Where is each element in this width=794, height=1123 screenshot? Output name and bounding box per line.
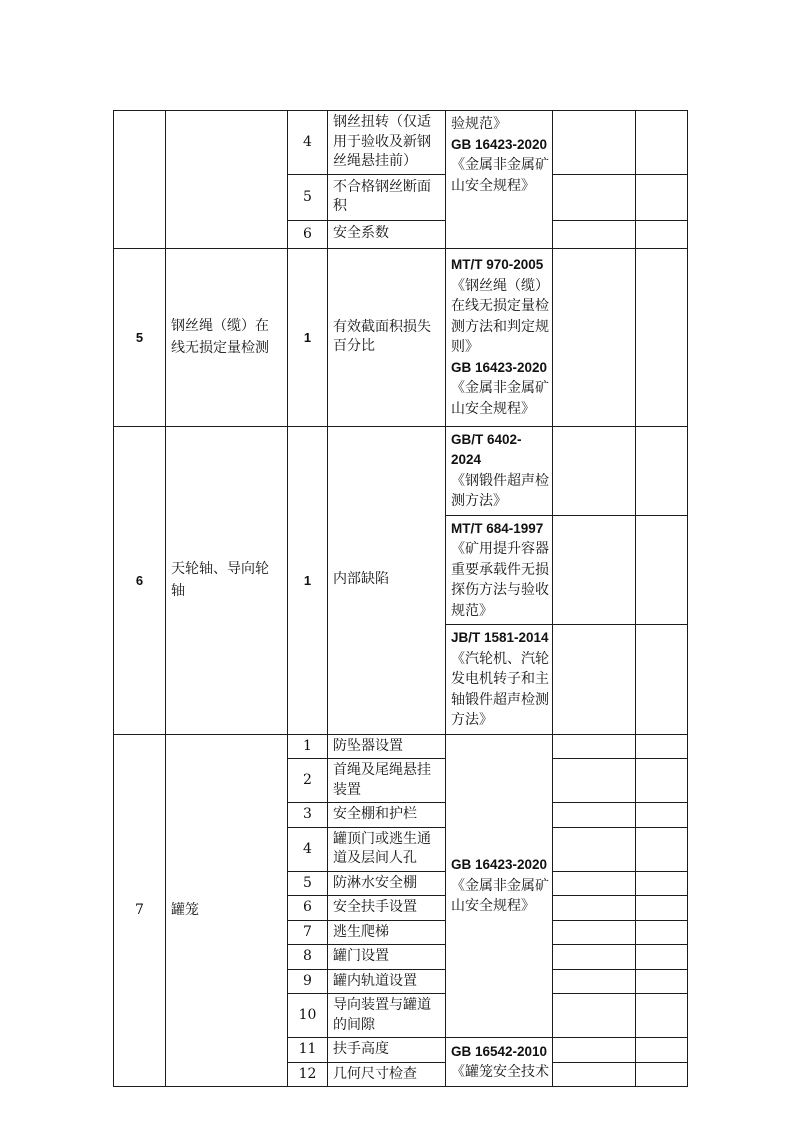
blank-cell [553,734,636,759]
blank-cell [553,759,636,803]
item-cell: 内部缺陷 [328,426,446,734]
subno-cell: 11 [288,1038,328,1063]
seq-cell [114,111,166,249]
blank-cell [553,1038,636,1063]
item-cell: 导向装置与罐道的间隙 [328,994,446,1038]
subno-cell: 2 [288,759,328,803]
item-cell: 罐顶门或逃生通道及层间人孔 [328,827,446,871]
blank-cell [636,759,688,803]
seq-cell: 6 [114,426,166,734]
blank-cell [553,803,636,828]
subno-cell: 8 [288,945,328,970]
equipment-cell: 天轮轴、导向轮轴 [166,426,288,734]
blank-cell [636,945,688,970]
blank-cell [553,174,636,220]
standard-code: GB 16423-2020 [451,135,550,156]
blank-cell [636,827,688,871]
blank-cell [553,625,636,735]
subno-cell: 6 [288,220,328,248]
blank-cell [553,515,636,625]
subno-cell: 4 [288,827,328,871]
standard-title: 《金属非金属矿山安全规程》 [451,155,550,196]
blank-cell [636,896,688,921]
item-cell: 几何尺寸检查 [328,1062,446,1087]
item-cell: 罐门设置 [328,945,446,970]
subno-cell: 4 [288,111,328,175]
blank-cell [636,426,688,515]
standard-code: GB 16423-2020 [451,358,550,379]
standard-continuation-text: 验规范》 [451,114,550,135]
standard-cell: GB 16423-2020 《金属非金属矿山安全规程》 [446,734,553,1038]
subno-cell: 9 [288,969,328,994]
blank-cell [553,827,636,871]
blank-cell [636,920,688,945]
blank-cell [636,994,688,1038]
standard-title: 《钢锻件超声检测方法》 [451,471,550,512]
subno-cell: 10 [288,994,328,1038]
item-cell: 安全扶手设置 [328,896,446,921]
blank-cell [553,426,636,515]
blank-cell [636,969,688,994]
equipment-cell: 罐笼 [166,734,288,1087]
item-cell: 安全系数 [328,220,446,248]
blank-cell [553,871,636,896]
blank-cell [553,111,636,175]
standard-cell: GB/T 6402-2024 《钢锻件超声检测方法》 [446,426,553,515]
blank-cell [636,871,688,896]
subno-cell: 1 [288,248,328,426]
seq-cell: 5 [114,248,166,426]
section-5: 5 钢丝绳（缆）在线无损定量检测 1 有效截面积损失百分比 MT/T 970-2… [114,248,688,426]
blank-cell [636,734,688,759]
standard-title: 《金属非金属矿山安全规程》 [451,876,550,917]
item-cell: 有效截面积损失百分比 [328,248,446,426]
subno-cell: 7 [288,920,328,945]
standard-cell: JB/T 1581-2014 《汽轮机、汽轮发电机转子和主轴锻件超声检测方法》 [446,625,553,735]
standard-code: GB 16423-2020 [451,855,550,876]
blank-cell [636,625,688,735]
standard-title: 《金属非金属矿山安全规程》 [451,378,550,419]
blank-cell [636,803,688,828]
inspection-table: 4 钢丝扭转（仅适用于验收及新钢丝绳悬挂前） 验规范》 GB 16423-202… [113,110,688,1087]
standard-code: MT/T 970-2005 [451,255,550,276]
subno-cell: 1 [288,426,328,734]
subno-cell: 12 [288,1062,328,1087]
subno-cell: 6 [288,896,328,921]
item-cell: 不合格钢丝断面积 [328,174,446,220]
blank-cell [553,920,636,945]
section-6: 6 天轮轴、导向轮轴 1 内部缺陷 GB/T 6402-2024 《钢锻件超声检… [114,426,688,734]
item-cell: 钢丝扭转（仅适用于验收及新钢丝绳悬挂前） [328,111,446,175]
blank-cell [636,220,688,248]
section-7: 7 罐笼 1 防坠器设置 GB 16423-2020 《金属非金属矿山安全规程》… [114,734,688,1087]
blank-cell [553,248,636,426]
subno-cell: 3 [288,803,328,828]
standard-code: MT/T 684-1997 [451,519,550,540]
item-cell: 防淋水安全棚 [328,871,446,896]
standard-code: JB/T 1581-2014 [451,628,550,649]
standard-cell: MT/T 970-2005 《钢丝绳（缆）在线无损定量检测方法和判定规则》 GB… [446,248,553,426]
subno-cell: 5 [288,871,328,896]
standard-cell: GB 16542-2010 《罐笼安全技术 [446,1038,553,1087]
blank-cell [553,945,636,970]
blank-cell [553,969,636,994]
seq-cell: 7 [114,734,166,1087]
equipment-cell [166,111,288,249]
standard-cell: MT/T 684-1997 《矿用提升容器重要承载件无损探伤方法与验收规范》 [446,515,553,625]
blank-cell [636,515,688,625]
section-continuation: 4 钢丝扭转（仅适用于验收及新钢丝绳悬挂前） 验规范》 GB 16423-202… [114,111,688,249]
standard-title: 《钢丝绳（缆）在线无损定量检测方法和判定规则》 [451,276,550,358]
equipment-cell: 钢丝绳（缆）在线无损定量检测 [166,248,288,426]
standard-title: 《汽轮机、汽轮发电机转子和主轴锻件超声检测方法》 [451,649,550,731]
item-cell: 逃生爬梯 [328,920,446,945]
standard-title: 《罐笼安全技术 [451,1062,550,1083]
item-cell: 首绳及尾绳悬挂装置 [328,759,446,803]
standard-code: GB/T 6402-2024 [451,430,550,471]
blank-cell [636,248,688,426]
blank-cell [636,111,688,175]
document-page: 4 钢丝扭转（仅适用于验收及新钢丝绳悬挂前） 验规范》 GB 16423-202… [0,0,794,1123]
subno-cell: 1 [288,734,328,759]
blank-cell [636,1062,688,1087]
item-cell: 安全棚和护栏 [328,803,446,828]
blank-cell [553,994,636,1038]
item-cell: 罐内轨道设置 [328,969,446,994]
standard-code: GB 16542-2010 [451,1042,550,1063]
blank-cell [553,220,636,248]
item-cell: 扶手高度 [328,1038,446,1063]
subno-cell: 5 [288,174,328,220]
blank-cell [553,896,636,921]
item-cell: 防坠器设置 [328,734,446,759]
blank-cell [636,174,688,220]
standard-cell: 验规范》 GB 16423-2020 《金属非金属矿山安全规程》 [446,111,553,249]
standard-title: 《矿用提升容器重要承载件无损探伤方法与验收规范》 [451,539,550,621]
blank-cell [553,1062,636,1087]
blank-cell [636,1038,688,1063]
